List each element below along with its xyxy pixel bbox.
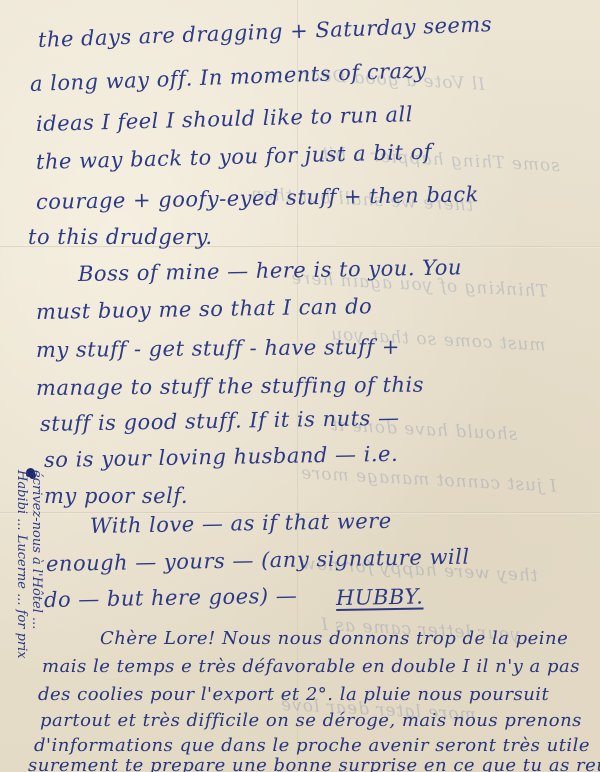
bleed-through-writing: I just cannot manage more [300,463,557,496]
margin-note-line: Habibi ... Lucerne ... for prix [14,470,29,770]
letter-line: With love — as if that were [90,509,392,538]
letter-line: a long way off. In moments of crazy [30,58,427,96]
letter-page: Il Vote a good Dear some Thing happier a… [0,0,600,772]
letter-line: ideas I feel I should like to run all [36,102,414,136]
french-line: des coolies pour l'export et 2°. la plui… [38,684,549,705]
letter-line: my stuff - get stuff - have stuff + [36,335,400,362]
letter-line: must buoy me so that I can do [36,294,373,324]
margin-note-line: écrivez-nous à l'Hôtel ... [29,470,44,770]
french-line: d'informations que dans le proche avenir… [34,735,590,756]
french-line: partout et très difficile on se déroge, … [40,710,582,731]
letter-line: do — but here goes) — [44,584,298,612]
letter-line: manage to stuff the stuffing of this [36,373,424,400]
signature: HUBBY. [336,584,424,610]
letter-line: the way back to you for just a bit of [36,140,433,174]
french-line: mais le temps e très défavorable en doub… [42,656,580,677]
margin-note: écrivez-nous à l'Hôtel ... Habibi ... Lu… [14,470,44,770]
french-line: surement te prepare une bonne surprise e… [28,755,600,772]
letter-line: the days are dragging + Saturday seems [38,12,493,52]
letter-line: to this drudgery. [28,225,213,249]
french-line: Chère Lore! Nous nous donnons trop de la… [100,628,568,649]
letter-line: my poor self. [44,484,188,508]
